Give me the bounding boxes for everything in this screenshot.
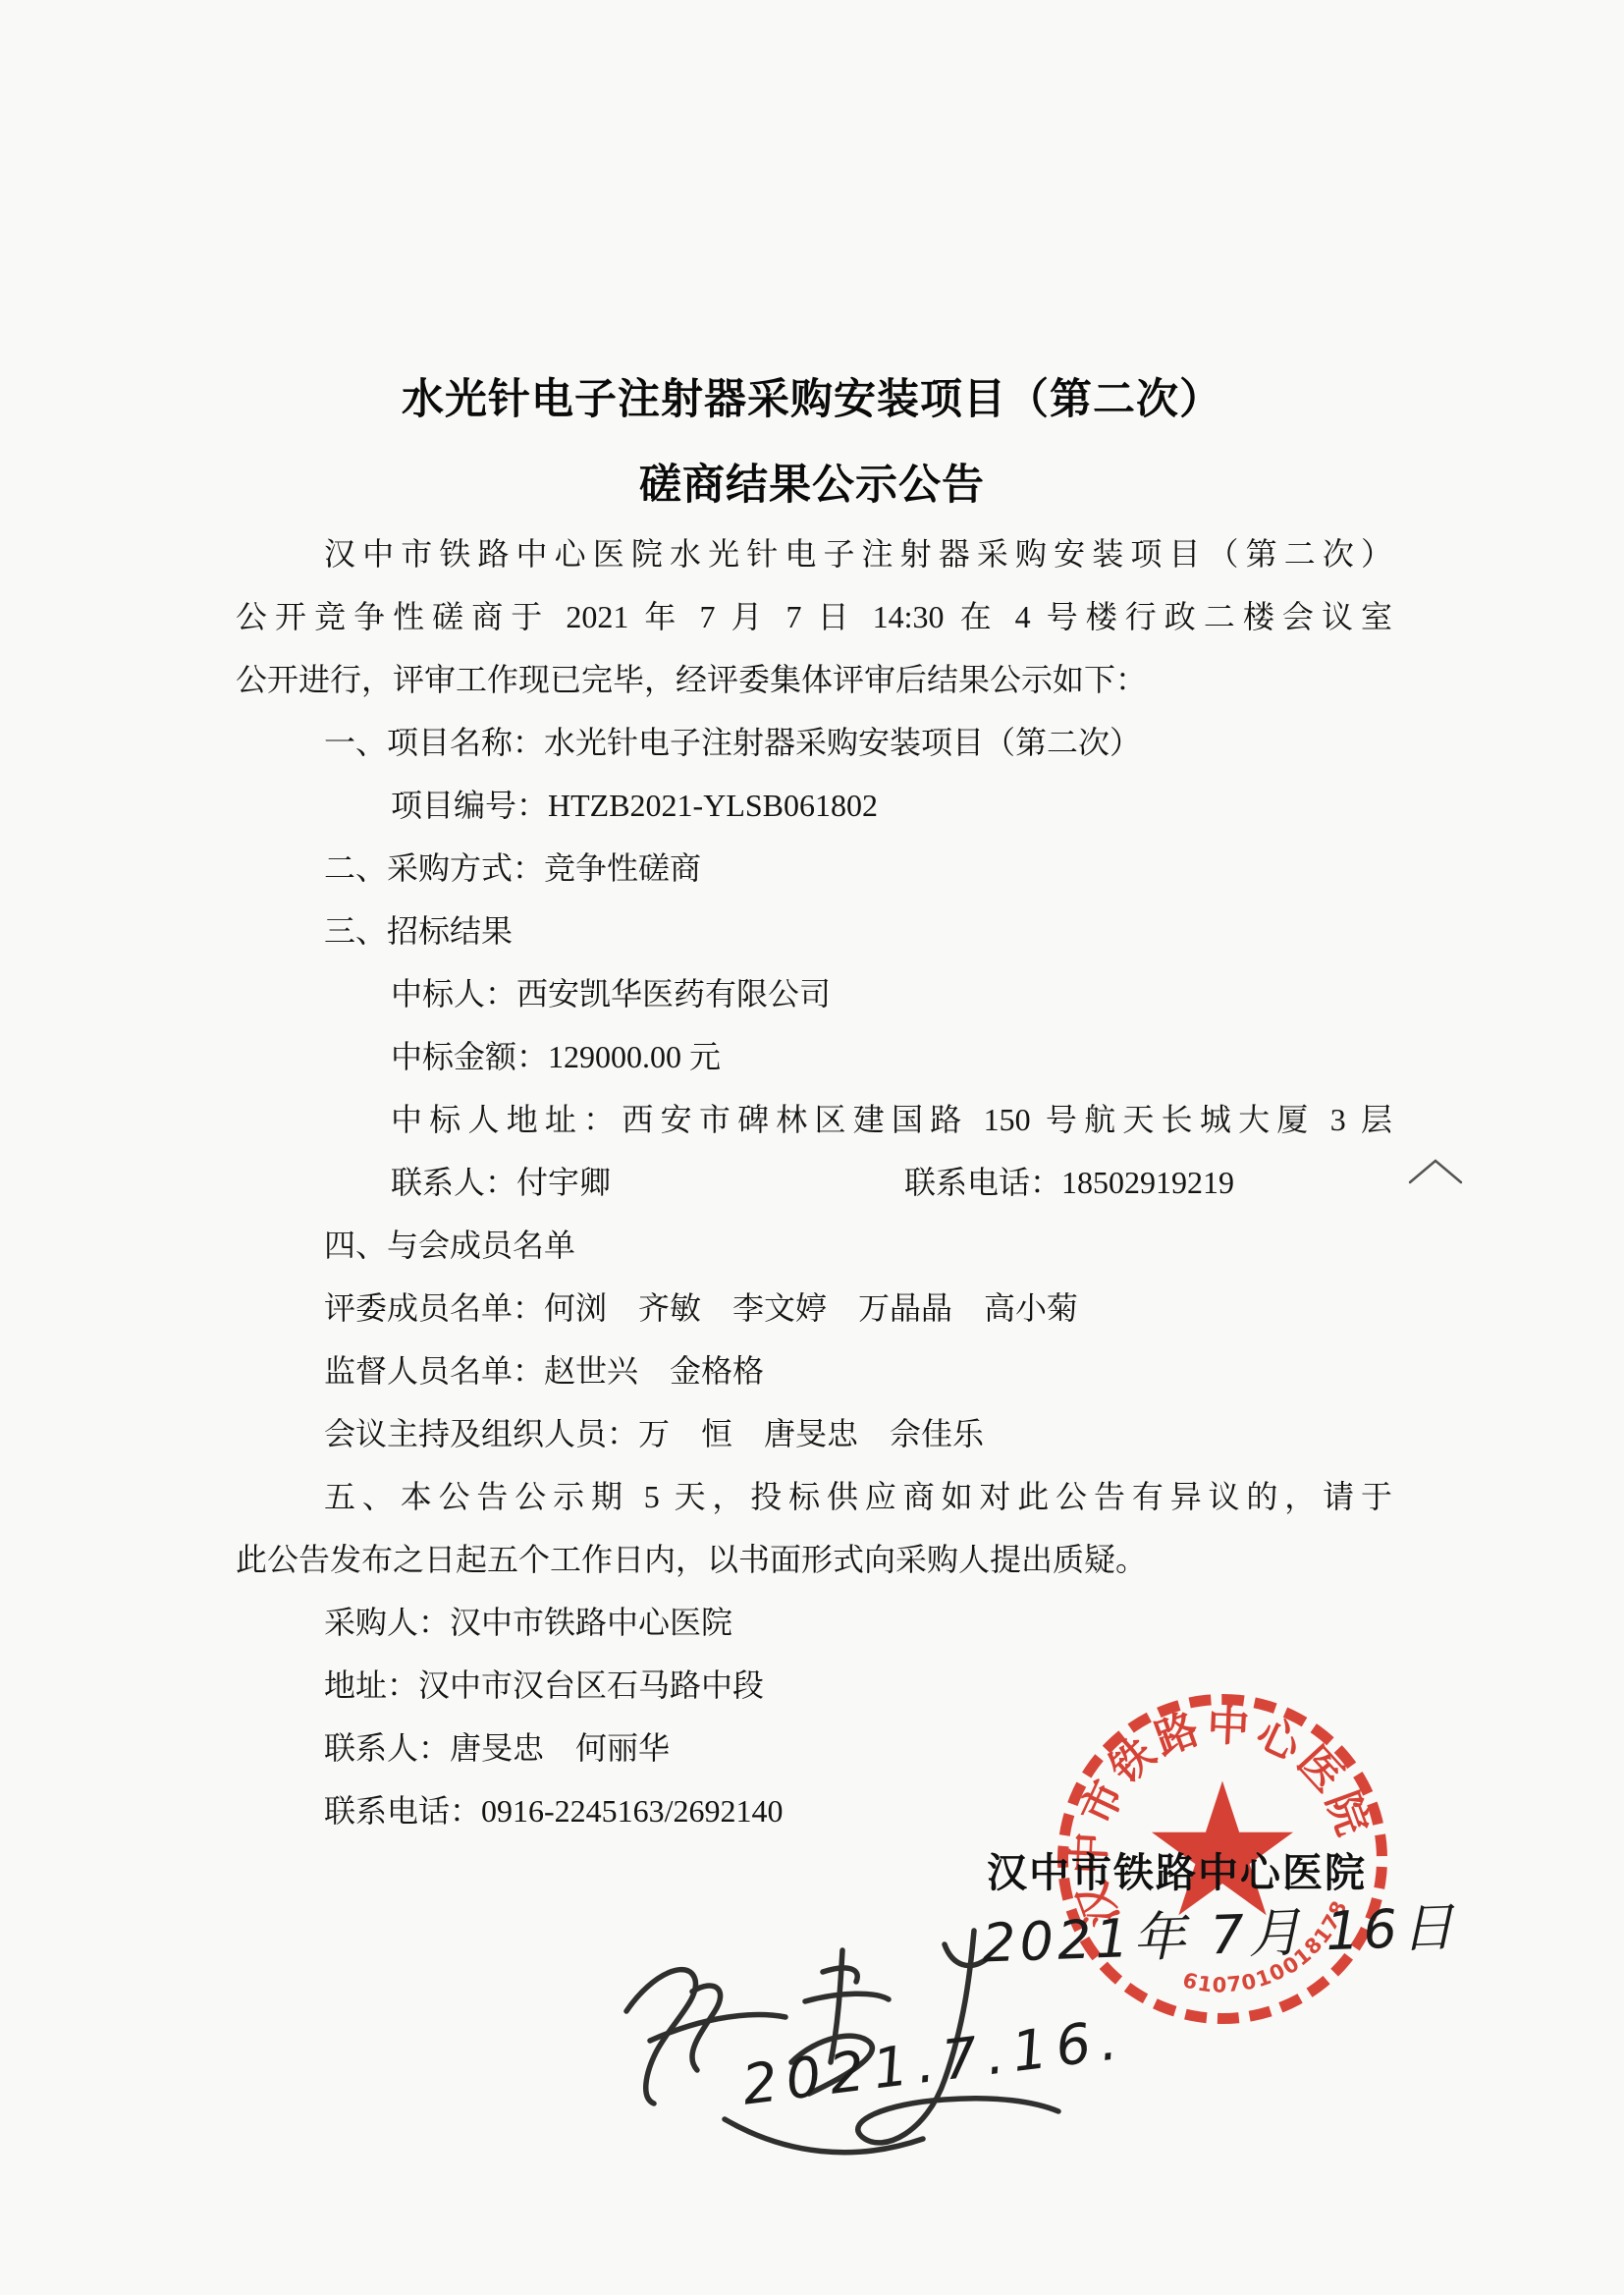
winner-contacts-line: 联系人：付宇卿 联系电话：18502919219 bbox=[236, 1151, 1392, 1214]
page-title-line1: 水光针电子注射器采购安装项目（第二次） bbox=[0, 376, 1624, 423]
members-heading-line: 四、与会成员名单 bbox=[236, 1214, 1392, 1277]
supervisors-line: 监督人员名单：赵世兴 金格格 bbox=[236, 1339, 1392, 1402]
purchaser-line: 采购人：汉中市铁路中心医院 bbox=[236, 1591, 1392, 1654]
page-title-line2: 磋商结果公示公告 bbox=[0, 462, 1624, 509]
committee-members-line: 评委成员名单：何浏 齐敏 李文婷 万晶晶 高小菊 bbox=[236, 1277, 1392, 1339]
intro-line-1: 汉中市铁路中心医院水光针电子注射器采购安装项目（第二次） bbox=[236, 522, 1392, 585]
caret-pen-mark bbox=[1404, 1153, 1467, 1188]
intro-line-3: 公开进行，评审工作现已完毕，经评委集体评审后结果公示如下： bbox=[236, 648, 1392, 711]
project-number-line: 项目编号：HTZB2021-YLSB061802 bbox=[236, 774, 1392, 837]
hosts-line: 会议主持及组织人员：万 恒 唐旻忠 佘佳乐 bbox=[236, 1402, 1392, 1465]
winner-address-line: 中标人地址：西安市碑林区建国路 150 号航天长城大厦 3 层 bbox=[236, 1088, 1392, 1151]
procurement-method-line: 二、采购方式：竞争性磋商 bbox=[236, 837, 1392, 900]
notice-period-line-1: 五、本公告公示期 5 天，投标供应商如对此公告有异议的，请于 bbox=[236, 1465, 1392, 1528]
project-name-line: 一、项目名称：水光针电子注射器采购安装项目（第二次） bbox=[236, 711, 1392, 774]
winner-contact-person: 联系人：付宇卿 bbox=[391, 1165, 611, 1200]
winner-line: 中标人：西安凯华医药有限公司 bbox=[236, 962, 1392, 1025]
notice-period-line-2: 此公告发布之日起五个工作日内，以书面形式向采购人提出质疑。 bbox=[236, 1528, 1392, 1591]
intro-line-2: 公开竞争性磋商于 2021 年 7 月 7 日 14:30 在 4 号楼行政二楼… bbox=[236, 585, 1392, 648]
winner-contact-phone: 联系电话：18502919219 bbox=[904, 1151, 1234, 1214]
winning-amount-line: 中标金额：129000.00 元 bbox=[236, 1025, 1392, 1088]
bid-result-heading-line: 三、招标结果 bbox=[236, 900, 1392, 962]
announcement-body: 汉中市铁路中心医院水光针电子注射器采购安装项目（第二次） 公开竞争性磋商于 20… bbox=[236, 522, 1392, 1842]
scanned-announcement-page: 水光针电子注射器采购安装项目（第二次） 磋商结果公示公告 汉中市铁路中心医院水光… bbox=[0, 0, 1624, 2295]
